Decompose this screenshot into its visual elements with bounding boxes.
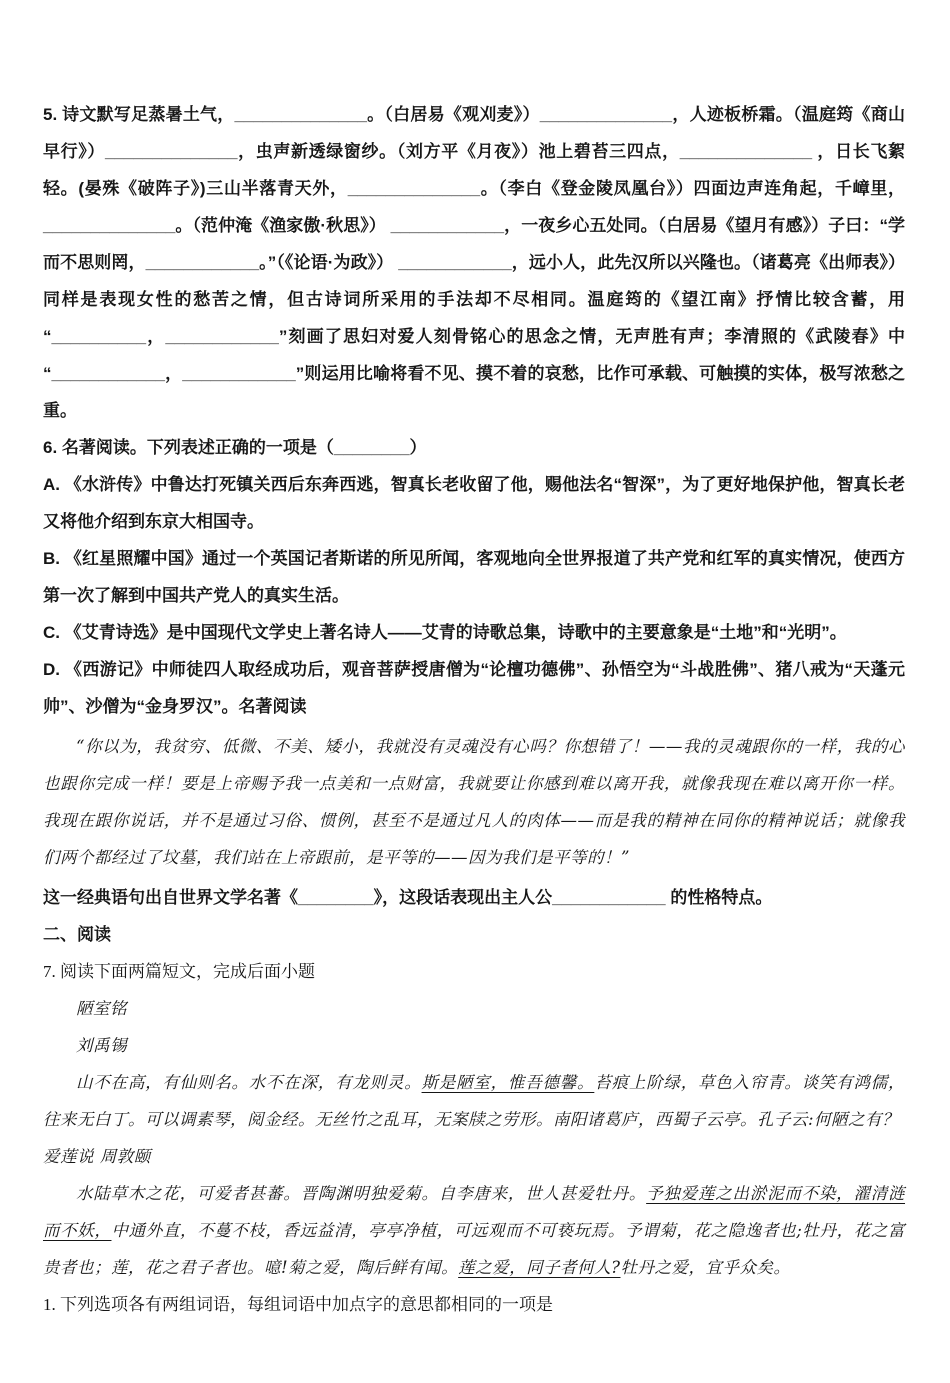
option-b: B. 《红星照耀中国》通过一个英国记者斯诺的所见所闻，客观地向全世界报道了共产党… [43, 540, 905, 614]
text-segment: 山不在高，有仙则名。水不在深，有龙则灵。 [76, 1073, 422, 1092]
underlined-segment: 莲之爱，同子者何人? [458, 1258, 620, 1277]
question-5-text: 5. 诗文默写足蒸暑土气，______________。（白居易《观刈麦》）__… [43, 96, 905, 429]
question-7-text: 7. 阅读下面两篇短文，完成后面小题 [43, 953, 905, 990]
exam-page: 5. 诗文默写足蒸暑土气，______________。（白居易《观刈麦》）__… [0, 0, 950, 1383]
conclusion-line: 这一经典语句出自世界文学名著《________》，这段话表现出主人公______… [43, 879, 905, 916]
sub-question-1: 1. 下列选项各有两组词语，每组词语中加点字的意思都相同的一项是 [43, 1286, 905, 1323]
underlined-segment: 斯是陋室，惟吾德馨。 [422, 1073, 595, 1092]
passage1-body: 山不在高，有仙则名。水不在深，有龙则灵。斯是陋室，惟吾德馨。苔痕上阶绿，草色入帘… [43, 1064, 905, 1138]
section-heading: 二、阅读 [43, 916, 905, 953]
question-6-text: 6. 名著阅读。下列表述正确的一项是（________） [43, 429, 905, 466]
text-segment: 牡丹之爱，宜乎众矣。 [621, 1258, 791, 1277]
option-d: D. 《西游记》中师徒四人取经成功后，观音菩萨授唐僧为“论檀功德佛”、孙悟空为“… [43, 651, 905, 725]
passage1-author: 刘禹锡 [43, 1027, 905, 1064]
passage2-title: 爱莲说 周敦颐 [43, 1138, 905, 1175]
passage1-title: 陋室铭 [43, 990, 905, 1027]
text-segment: 水陆草木之花，可爱者甚蕃。晋陶渊明独爱菊。自李唐来，世人甚爱牡丹。 [76, 1184, 646, 1203]
option-c: C. 《艾青诗选》是中国现代文学史上著名诗人——艾青的诗歌总集，诗歌中的主要意象… [43, 614, 905, 651]
passage2-body: 水陆草木之花，可爱者甚蕃。晋陶渊明独爱菊。自李唐来，世人甚爱牡丹。予独爱莲之出淤… [43, 1175, 905, 1286]
novel-quote: “你以为，我贫穷、低微、不美、矮小，我就没有灵魂没有心吗？你想错了！——我的灵魂… [43, 728, 905, 876]
option-a: A. 《水浒传》中鲁达打死镇关西后东奔西逃，智真长老收留了他，赐他法名“智深”，… [43, 466, 905, 540]
